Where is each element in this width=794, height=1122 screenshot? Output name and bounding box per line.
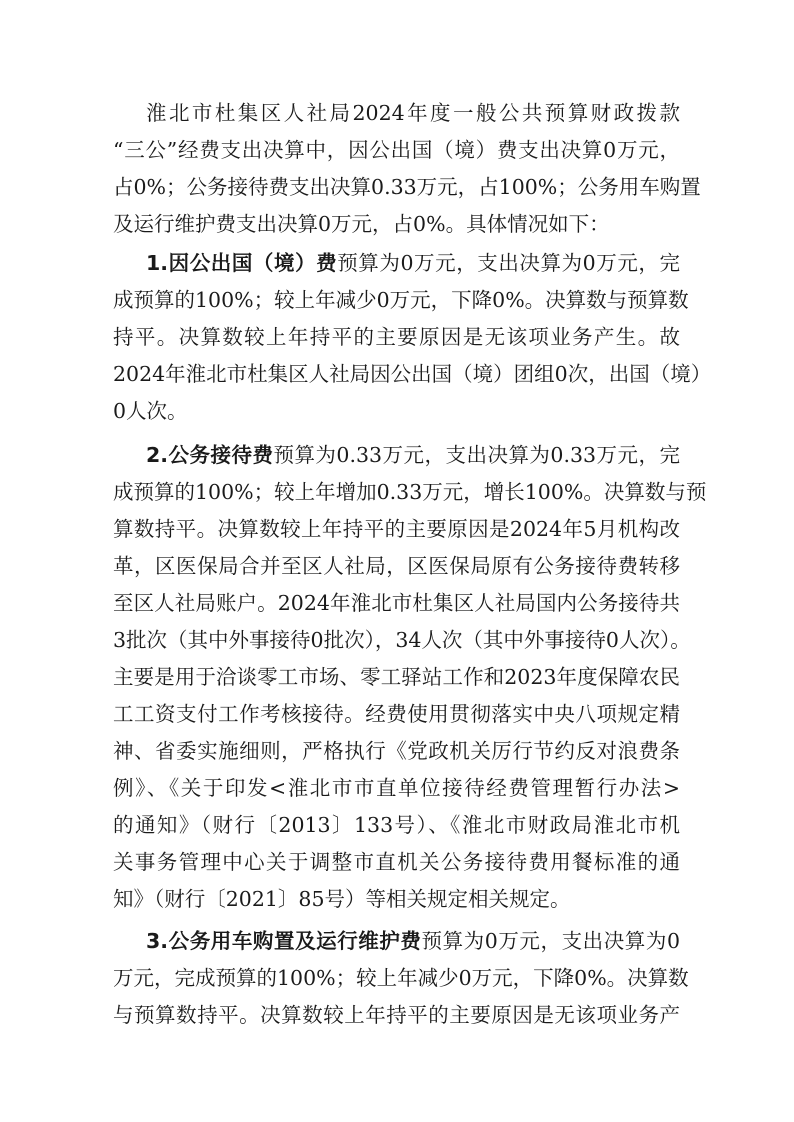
section-1-line: 2024年淮北市杜集区人社局因公出国（境）团组0次，出国（境） [113, 359, 680, 389]
section-2-line: 算数持平。决算数较上年持平的主要原因是2024年5月机构改 [113, 514, 680, 544]
section-1-heading: 1.因公出国（境）费 [146, 251, 337, 275]
intro-line: 占0%；公务接待费支出决算0.33万元，占100%；公务用车购置 [113, 172, 680, 202]
intro-line: 及运行维护费支出决算0万元，占0%。具体情况如下： [113, 209, 680, 239]
section-3-first-line-text: 预算为0万元，支出决算为0 [422, 929, 680, 953]
section-2-line: 例》、《关于印发<淮北市市直单位接待经费管理暂行办法> [113, 773, 680, 803]
section-1-first-line: 1.因公出国（境）费预算为0万元，支出决算为0万元，完 [146, 248, 680, 278]
section-2-line: 至区人社局账户。2024年淮北市杜集区人社局国内公务接待共 [113, 588, 680, 618]
section-2-line: 知》（财行〔2021〕85号）等相关规定相关规定。 [113, 884, 680, 914]
section-2-first-line: 2.公务接待费预算为0.33万元，支出决算为0.33万元，完 [146, 440, 680, 470]
section-1-line: 0人次。 [113, 396, 680, 426]
section-2-line: 革，区医保局合并至区人社局，区医保局原有公务接待费转移 [113, 551, 680, 581]
section-3-line: 与预算数持平。决算数较上年持平的主要原因是无该项业务产 [113, 1000, 680, 1030]
section-2-first-line-text: 预算为0.33万元，支出决算为0.33万元，完 [273, 443, 680, 467]
intro-line: “三公”经费支出决算中，因公出国（境）费支出决算0万元， [113, 135, 680, 165]
section-3-heading: 3.公务用车购置及运行维护费 [146, 929, 422, 953]
section-1-line: 持平。决算数较上年持平的主要原因是无该项业务产生。故 [113, 322, 680, 352]
section-2-line: 成预算的100%；较上年增加0.33万元，增长100%。决算数与预 [113, 477, 680, 507]
section-2-line: 工工资支付工作考核接待。经费使用贯彻落实中央八项规定精 [113, 699, 680, 729]
section-2-line: 的通知》（财行〔2013〕133号）、《淮北市财政局淮北市机 [113, 810, 680, 840]
section-2-line: 关事务管理中心关于调整市直机关公务接待费用餐标准的通 [113, 847, 680, 877]
intro-line: 淮北市杜集区人社局2024年度一般公共预算财政拨款 [146, 98, 680, 128]
section-3-line: 万元，完成预算的100%；较上年减少0万元，下降0%。决算数 [113, 963, 680, 993]
section-2-line: 3批次（其中外事接待0批次），34人次（其中外事接待0人次）。 [113, 625, 680, 655]
section-2-line: 主要是用于洽谈零工市场、零工驿站工作和2023年度保障农民 [113, 662, 680, 692]
section-3-first-line: 3.公务用车购置及运行维护费预算为0万元，支出决算为0 [146, 926, 680, 956]
document-page: 淮北市杜集区人社局2024年度一般公共预算财政拨款 “三公”经费支出决算中，因公… [0, 0, 794, 1122]
section-1-line: 成预算的100%；较上年减少0万元，下降0%。决算数与预算数 [113, 285, 680, 315]
section-2-heading: 2.公务接待费 [146, 443, 273, 467]
section-2-line: 神、省委实施细则，严格执行《党政机关厉行节约反对浪费条 [113, 736, 680, 766]
section-1-first-line-text: 预算为0万元，支出决算为0万元，完 [337, 251, 680, 275]
